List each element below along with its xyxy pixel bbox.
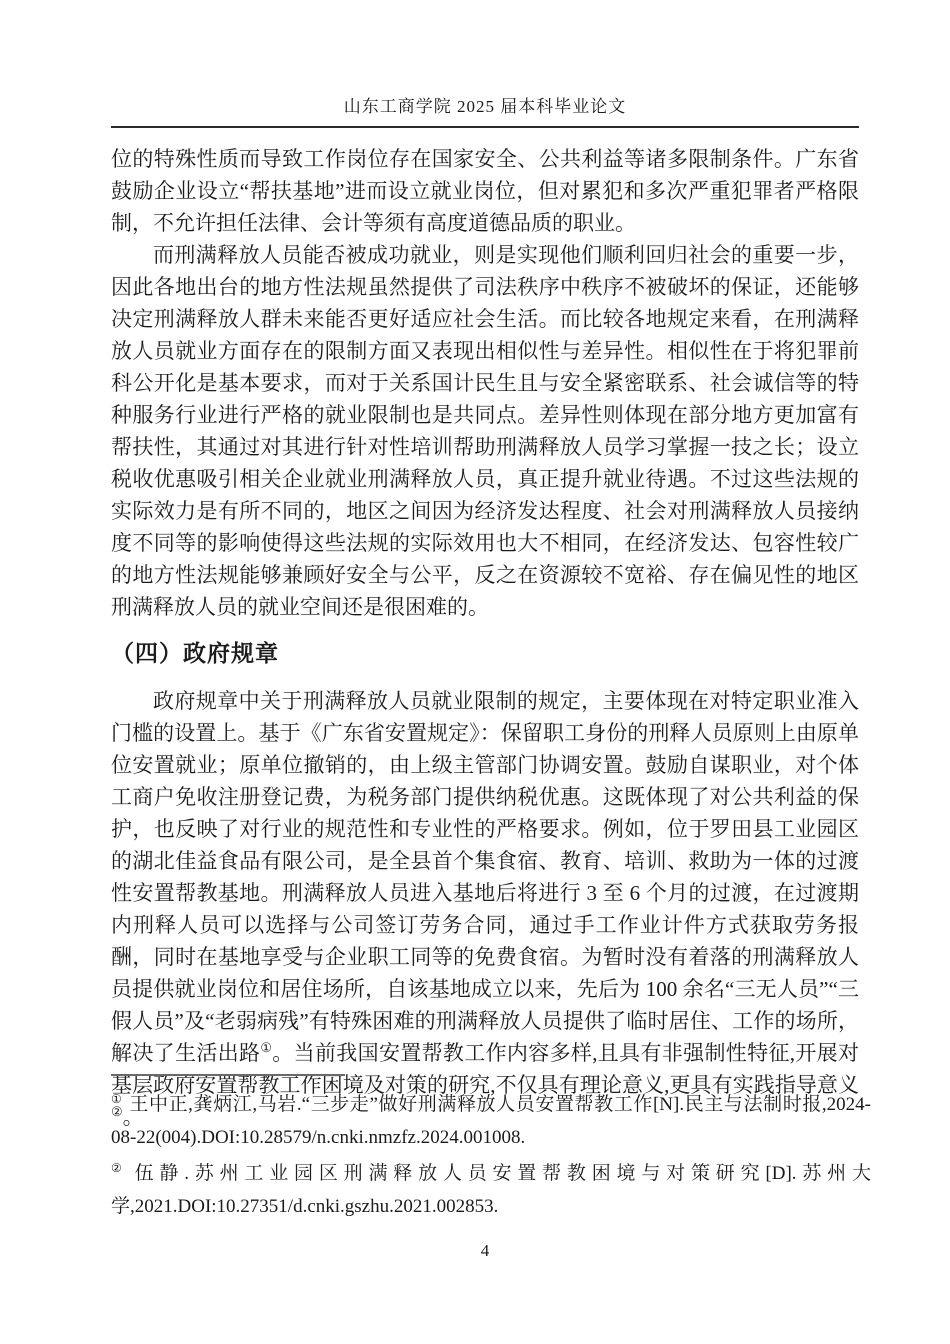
thesis-page: 山东工商学院 2025 届本科毕业论文 位的特殊性质而导致工作岗位存在国家安全、…	[0, 0, 950, 1344]
main-text-column: 位的特殊性质而导致工作岗位存在国家安全、公共利益等诸多限制条件。广东省鼓励企业设…	[111, 143, 859, 1133]
paragraph-continued: 位的特殊性质而导致工作岗位存在国家安全、公共利益等诸多限制条件。广东省鼓励企业设…	[111, 143, 859, 239]
paragraph-text-segment: 政府规章中关于刑满释放人员就业限制的规定，主要体现在对特定职业准入门槛的设置上。…	[111, 689, 859, 1065]
page-number: 4	[111, 1241, 859, 1261]
footnote-2: ②伍静.苏州工业园区刑满释放人员安置帮教困境与对策研究[D].苏州大学,2021…	[111, 1157, 871, 1223]
page-number-value: 4	[481, 1241, 490, 1260]
paragraph-local-regulations: 而刑满释放人员能否被成功就业，则是实现他们顺利回归社会的重要一步，因此各地出台的…	[111, 239, 859, 623]
header-title: 山东工商学院 2025 届本科毕业论文	[344, 97, 627, 116]
footnote-2-marker: ②	[111, 1161, 128, 1175]
footnote-1: ①王中正,龚炳江,马岩.“三步走”做好刑满释放人员安置帮教工作[N].民主与法制…	[111, 1088, 871, 1154]
section-heading-government-rules: （四）政府规章	[111, 637, 859, 670]
paragraph-government-rules: 政府规章中关于刑满释放人员就业限制的规定，主要体现在对特定职业准入门槛的设置上。…	[111, 685, 859, 1133]
footnote-separator-line	[111, 1074, 345, 1076]
footnote-1-text: 王中正,龚炳江,马岩.“三步走”做好刑满释放人员安置帮教工作[N].民主与法制时…	[111, 1094, 871, 1148]
footnote-2-text: 伍静.苏州工业园区刑满释放人员安置帮教困境与对策研究[D].苏州大学,2021.…	[111, 1163, 871, 1217]
footnote-section: ①王中正,龚炳江,马岩.“三步走”做好刑满释放人员安置帮教工作[N].民主与法制…	[111, 1074, 871, 1226]
footnote-1-marker: ①	[111, 1092, 122, 1106]
footnote-ref-1: ①	[260, 1040, 272, 1055]
running-header: 山东工商学院 2025 届本科毕业论文	[111, 92, 859, 128]
